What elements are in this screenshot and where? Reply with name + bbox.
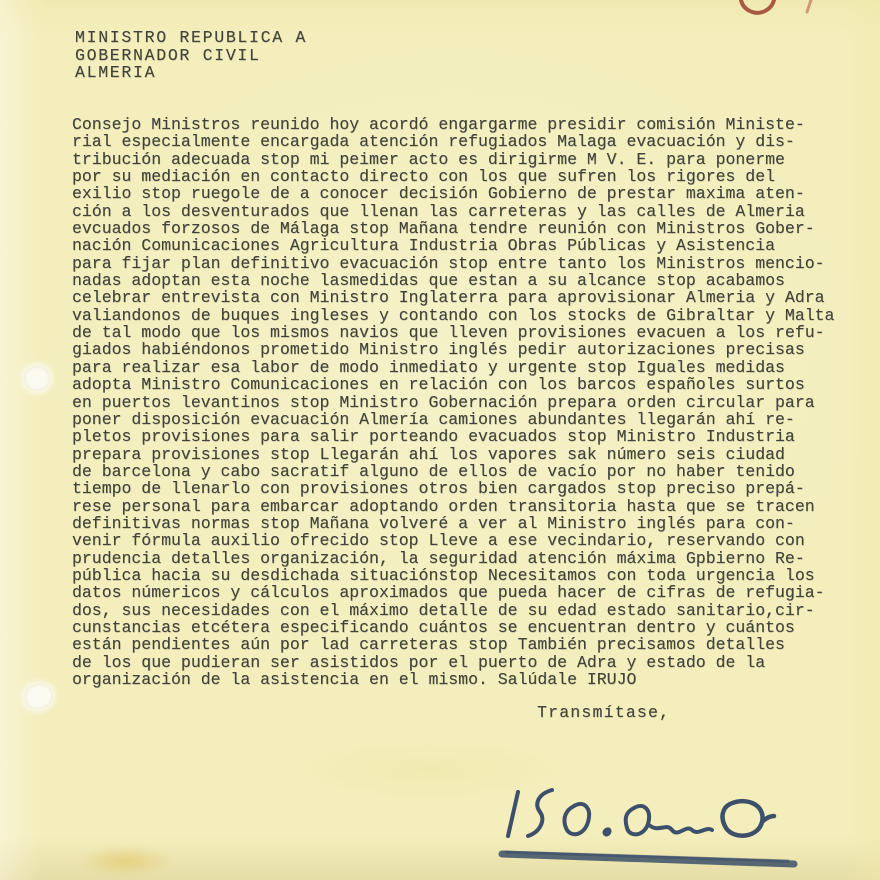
body-line: por su mediación en contacto directo con… (72, 168, 834, 185)
body-line: evcuados forzosos de Málaga stop Mañana … (72, 220, 834, 237)
body-line: cunstancias etcétera especificando cuánt… (72, 619, 834, 636)
body-line: ción a los desventurados que llenan las … (72, 203, 834, 220)
body-line: en puertos levantinos stop Ministro Gobe… (72, 394, 834, 411)
recipient-address: MINISTRO REPUBLICA AGOBERNADOR CIVILALME… (75, 29, 307, 82)
hole-punch-icon (23, 681, 56, 711)
body-line: pública hacia su desdichada situaciónsto… (72, 567, 834, 584)
recipient-line: ALMERIA (75, 64, 307, 82)
body-line: nación Comunicaciones Agricultura Indust… (72, 237, 834, 254)
body-line: Consejo Ministros reunido hoy acordó eng… (72, 116, 834, 133)
body-line: nadas adoptan esta noche lasmedidas que … (72, 272, 834, 289)
body-line: rese personal para embarcar adoptando or… (72, 498, 834, 515)
letter-body: Consejo Ministros reunido hoy acordó eng… (72, 116, 834, 688)
body-line: exilio stop ruegole de a conocer decisió… (72, 185, 834, 202)
body-line: adopta Ministro Comunicaciones en relaci… (72, 376, 834, 393)
recipient-line: GOBERNADOR CIVIL (75, 47, 307, 65)
body-line: rial especialmente encargada atención re… (72, 133, 834, 150)
paper-stain (78, 846, 173, 876)
closing-line: Transmítase, (537, 704, 670, 722)
body-line: pletos provisiones para salir porteando … (72, 428, 834, 445)
telegram-document-page: MINISTRO REPUBLICA AGOBERNADOR CIVILALME… (0, 0, 880, 880)
handwritten-number (478, 778, 818, 878)
body-line: celebrar entrevista con Ministro Inglate… (72, 289, 834, 306)
body-line: organización de la asistencia en el mism… (72, 671, 834, 688)
body-line: poner disposición evacuación Almería cam… (72, 411, 834, 428)
hole-punch-icon (24, 366, 50, 391)
body-line: venir fórmula auxilio ofrecido stop Llev… (72, 532, 834, 549)
recipient-line: MINISTRO REPUBLICA A (75, 29, 307, 47)
red-pencil-mark-icon (735, 0, 855, 32)
body-line: valiandonos de buques ingleses y contand… (72, 307, 834, 324)
body-line: de barcelona y cabo sacratif alguno de e… (72, 463, 834, 480)
body-line: están pendientes aún por lad carreteras … (72, 636, 834, 653)
body-line: prudencia detalles organización, la segu… (72, 550, 834, 567)
body-line: para realizar esa labor de modo inmediat… (72, 359, 834, 376)
body-line: giados habiéndonos prometido Ministro in… (72, 341, 834, 358)
body-line: de los que pudieran ser asistidos por el… (72, 654, 834, 671)
body-line: tribución adecuada stop mi peimer acto e… (72, 151, 834, 168)
body-line: prepara provisiones stop Llegarán ahí lo… (72, 446, 834, 463)
body-line: para fijar plan definitivo evacuación st… (72, 255, 834, 272)
body-line: dos, sus necesidades con el máximo detal… (72, 602, 834, 619)
body-line: datos númericos y cálculos aproximados q… (72, 584, 834, 601)
body-line: tiempo de llenarlo con provisiones otros… (72, 480, 834, 497)
body-line: definitivas normas stop Mañana volveré a… (72, 515, 834, 532)
body-line: de tal modo que los mismos navios que ll… (72, 324, 834, 341)
